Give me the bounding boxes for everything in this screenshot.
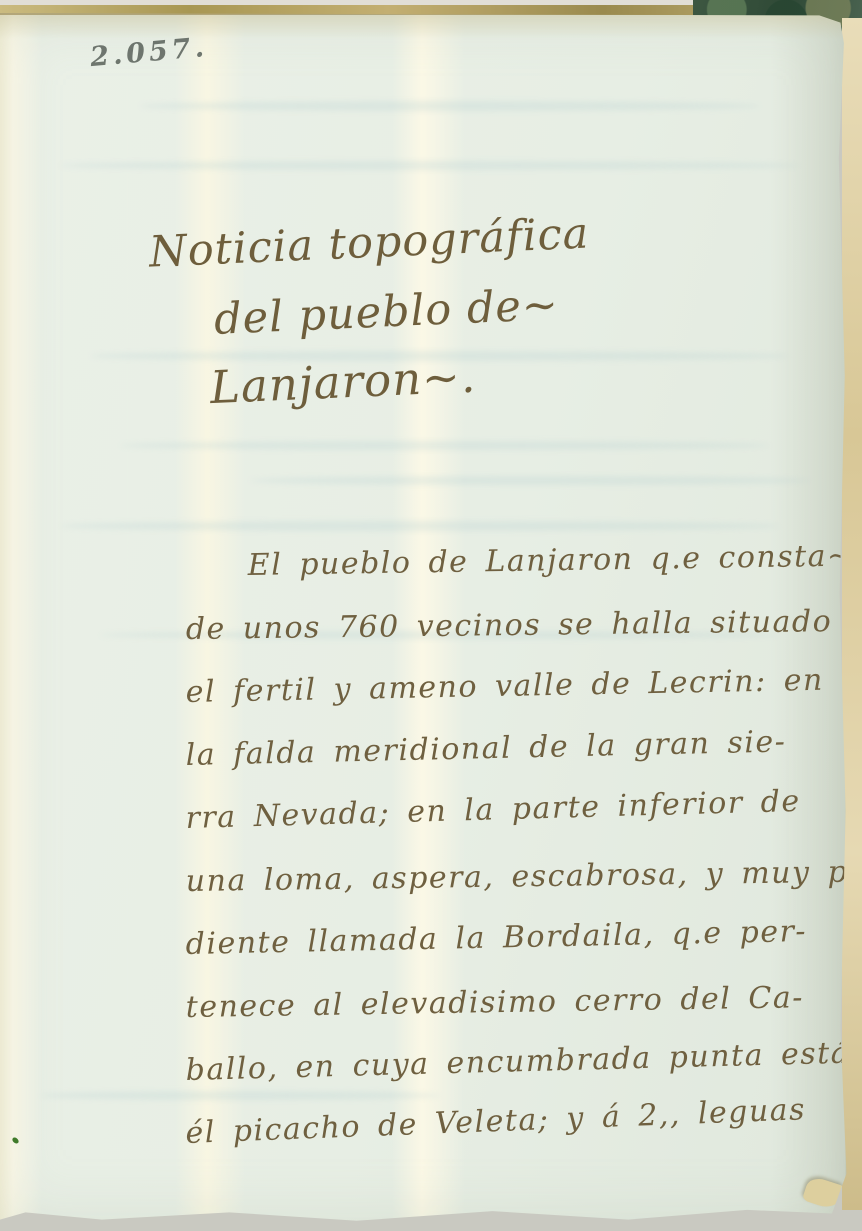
manuscript-line: El pueblo de Lanjaron q.e consta~ <box>186 539 851 612</box>
manuscript-line: diente llamada la Bordaila, q.e per- <box>185 913 850 990</box>
title-line-1: Noticia topográfica <box>148 208 590 277</box>
archive-number: 2.057. <box>89 32 209 73</box>
show-through-line <box>60 521 780 531</box>
show-through-line <box>140 101 760 111</box>
manuscript-scan: 2.057. Noticia topográfica del pueblo de… <box>0 0 862 1231</box>
ink-speck <box>11 1136 20 1144</box>
title-block: Noticia topográfica del pueblo de~ Lanja… <box>148 208 596 416</box>
title-line-2: del pueblo de~ <box>213 278 593 344</box>
show-through-line <box>250 476 810 485</box>
manuscript-page: 2.057. Noticia topográfica del pueblo de… <box>0 13 849 1222</box>
page-stack-edge-right <box>842 18 862 1210</box>
torn-page-corner <box>802 1175 844 1211</box>
title-line-3: Lanjaron~. <box>209 344 596 414</box>
show-through-line <box>60 161 800 170</box>
body-text: El pueblo de Lanjaron q.e consta~ de uno… <box>186 549 850 1179</box>
show-through-line <box>120 441 770 450</box>
